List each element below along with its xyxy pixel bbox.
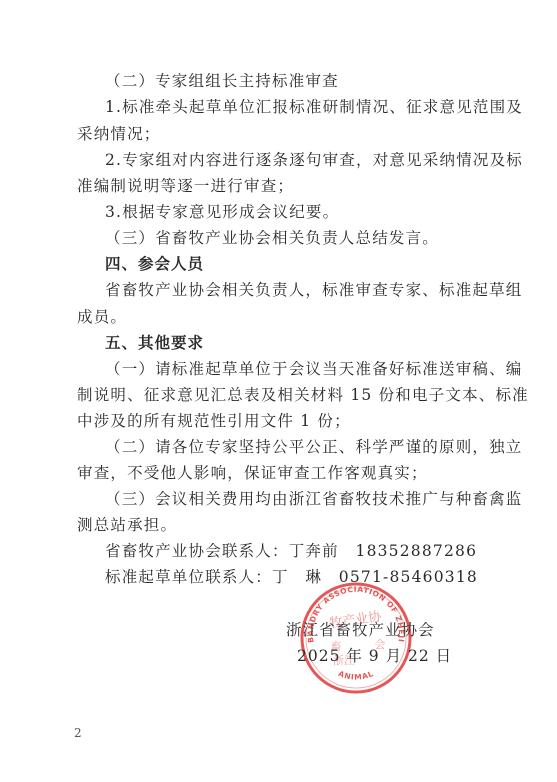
paragraph-line: （三）会议相关费用均由浙江省畜牧技术推广与种畜禽监 xyxy=(105,489,473,509)
paragraph-line: 制说明、征求意见汇总表及相关材料 15 份和电子文本、标准 xyxy=(77,385,473,405)
paragraph-line: 准编制说明等逐一进行审查； xyxy=(77,176,473,196)
paragraph-line: （二）请各位专家坚持公平公正、科学严谨的原则，独立 xyxy=(105,437,473,457)
paragraph-line: 省畜牧产业协会相关负责人，标准审查专家、标准起草组 xyxy=(105,280,473,300)
section-subheading: （三）省畜牧产业协会相关负责人总结发言。 xyxy=(105,228,473,248)
contact-line: 省畜牧产业协会联系人：丁奔前 18352887286 xyxy=(105,541,473,561)
paragraph-line: 审查，不受他人影响，保证审查工作客观真实； xyxy=(77,463,473,483)
paragraph-line: 1.标准牵头起草单位汇报标准研制情况、征求意见范围及 xyxy=(105,97,473,117)
signature-organization: 浙江省畜牧产业协会 xyxy=(286,618,435,640)
paragraph-line: （一）请标准起草单位于会议当天准备好标准送审稿、编 xyxy=(105,359,473,379)
paragraph-line: 中涉及的所有规范性引用文件 1 份； xyxy=(77,411,473,431)
document-page: （二）专家组组长主持标准审查 1.标准牵头起草单位汇报标准研制情况、征求意见范围… xyxy=(0,0,557,782)
page-number: 2 xyxy=(74,726,82,740)
paragraph-line: 测总站承担。 xyxy=(77,515,473,535)
section-heading: 四、参会人员 xyxy=(105,254,473,274)
section-heading: 五、其他要求 xyxy=(105,333,473,353)
svg-text:ANIMAL: ANIMAL xyxy=(337,669,375,682)
section-subheading: （二）专家组组长主持标准审查 xyxy=(105,71,473,91)
paragraph-line: 成员。 xyxy=(77,307,473,327)
paragraph-line: 2.专家组对内容进行逐条逐句审查，对意见采纳情况及标 xyxy=(105,150,473,170)
contact-line: 标准起草单位联系人：丁 琳 0571-85460318 xyxy=(105,567,473,587)
paragraph-line: 3.根据专家意见形成会议纪要。 xyxy=(105,202,473,222)
signature-date: 2025 年 9 月 22 日 xyxy=(297,644,452,666)
paragraph-line: 采纳情况； xyxy=(77,124,473,144)
